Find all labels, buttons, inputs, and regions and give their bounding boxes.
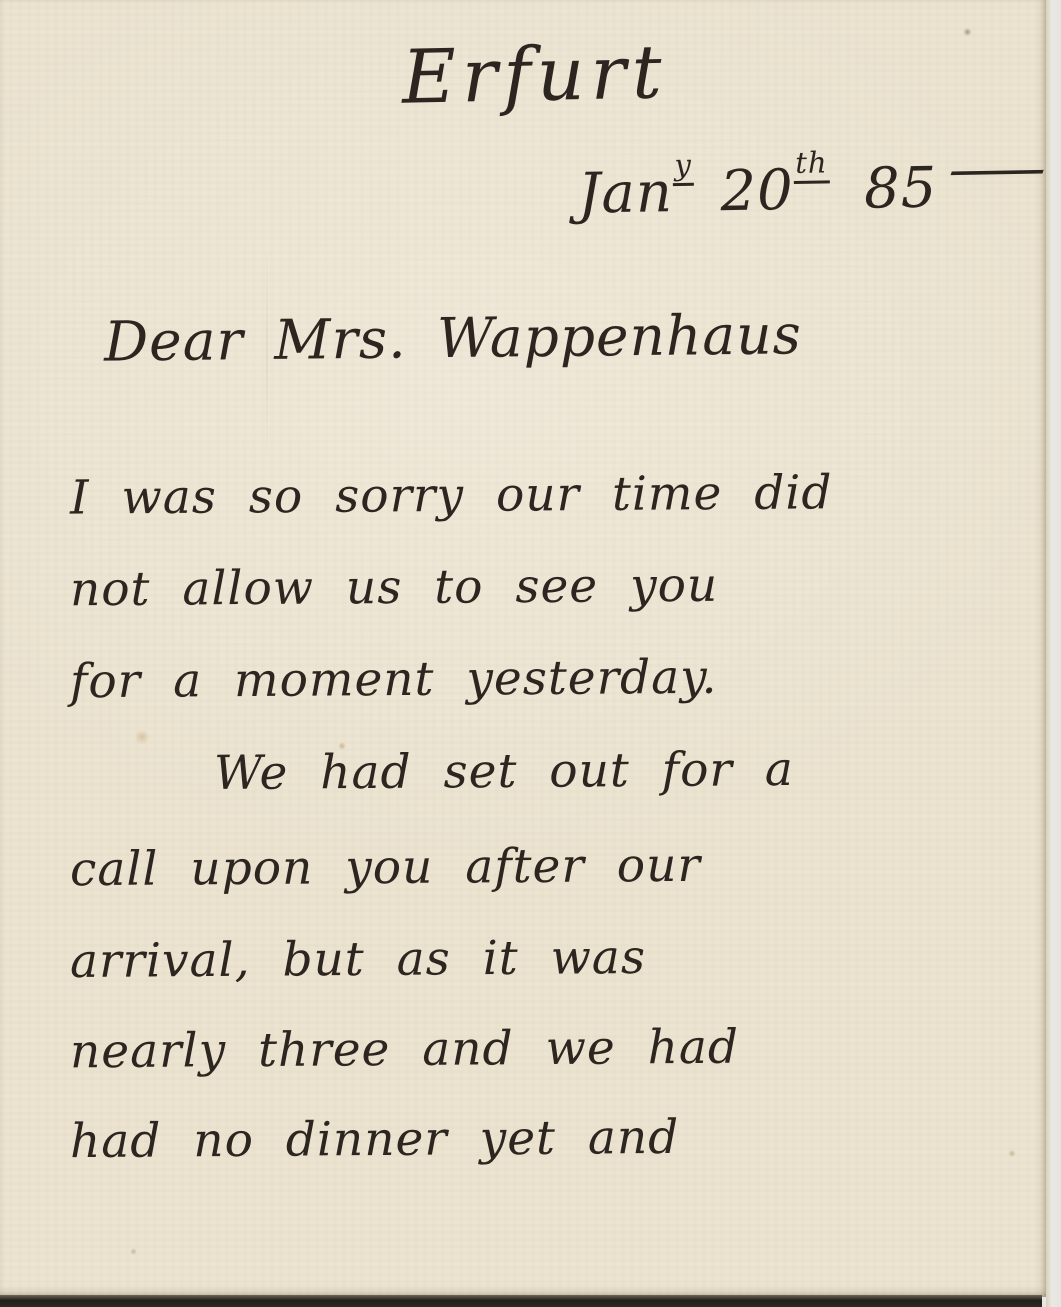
letter-body-line: call upon you after our xyxy=(70,838,701,897)
letter-body-line: had no dinner yet and xyxy=(70,1110,680,1169)
letter-body-line: We had set out for a xyxy=(214,742,794,801)
date-day-suffix: th xyxy=(793,146,830,185)
date-month-suffix: y xyxy=(672,148,694,186)
letter-page: Erfurt Jany20th85— Dear Mrs. Wappenhaus … xyxy=(0,0,1046,1297)
date-month: Jan xyxy=(577,160,673,227)
letter-body-line: not allow us to see you xyxy=(70,558,719,618)
letter-salutation: Dear Mrs. Wappenhaus xyxy=(104,302,802,373)
paper-stain xyxy=(963,28,972,36)
letter-body-line: nearly three and we had xyxy=(70,1020,739,1080)
letter-scan: Erfurt Jany20th85— Dear Mrs. Wappenhaus … xyxy=(0,0,1061,1307)
scanner-right-margin xyxy=(1046,0,1061,1307)
paper-stain xyxy=(130,1248,137,1255)
letter-date: Jany20th85— xyxy=(577,154,1004,226)
date-dash: — xyxy=(946,135,1050,202)
letter-body-line: I was so sorry our time did xyxy=(70,465,833,525)
paper-stain xyxy=(134,730,150,744)
date-day: 20 xyxy=(720,158,794,224)
scanner-bottom-gap xyxy=(0,1295,1042,1307)
letter-body-line: arrival, but as it was xyxy=(70,930,646,989)
paper-stain xyxy=(1008,1150,1016,1157)
letter-place: Erfurt xyxy=(401,29,668,121)
date-year: 85 xyxy=(863,155,937,221)
letter-body-line: for a moment yesterday. xyxy=(70,650,718,710)
